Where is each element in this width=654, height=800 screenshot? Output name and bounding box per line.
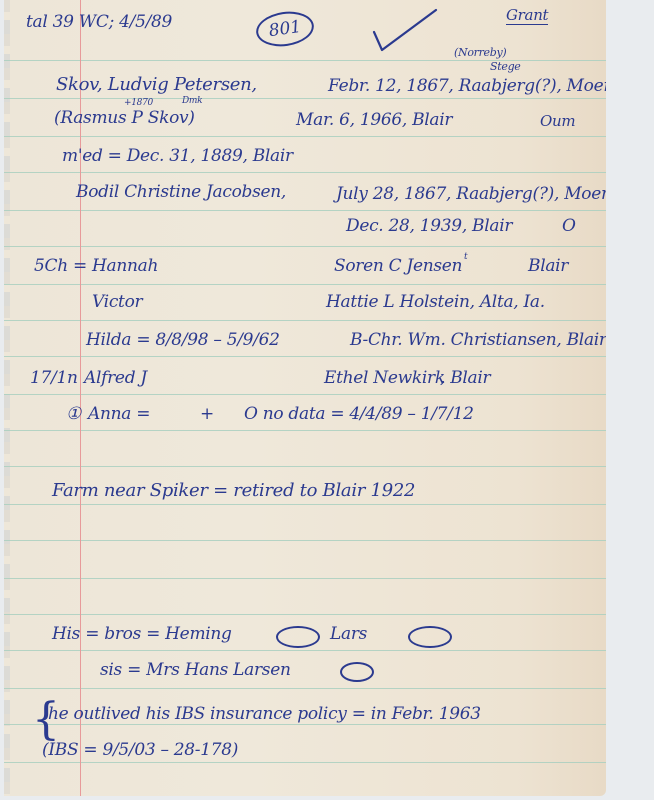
birth-annotation-stege: Stege xyxy=(490,60,521,73)
siblings-sister: sis = Mrs Hans Larsen xyxy=(100,660,291,680)
rule-line xyxy=(4,98,606,99)
reference-note: tal 39 WC; 4/5/89 xyxy=(26,12,172,32)
spouse-birth: July 28, 1867, Raabjerg(?), Moen xyxy=(336,184,606,204)
child-prefix: 17/1n xyxy=(30,368,78,388)
page-number-circle: 801 xyxy=(254,8,316,50)
children-label: 5Ch = xyxy=(34,256,87,276)
rule-line xyxy=(4,284,606,285)
rule-line xyxy=(4,172,606,173)
rule-line xyxy=(4,614,606,615)
oval-mark xyxy=(408,626,452,648)
rule-line xyxy=(4,356,606,357)
insurance-note: he outlived his IBS insurance policy = i… xyxy=(48,704,481,724)
marriage-line: m'ed = Dec. 31, 1889, Blair xyxy=(62,146,293,166)
child-note: O no data = 4/4/89 – 1/7/12 xyxy=(244,404,474,424)
child-name: Anna = xyxy=(88,404,150,424)
rule-line xyxy=(4,136,606,137)
spouse-death-mark: O xyxy=(562,216,576,236)
county-label: Grant xyxy=(506,6,548,25)
subject-death: Mar. 6, 1966, Blair xyxy=(296,110,452,130)
farm-note: Farm near Spiker = retired to Blair 1922 xyxy=(52,480,415,501)
rule-line xyxy=(4,540,606,541)
child-name: Hilda = 8/8/98 – 5/9/62 xyxy=(86,330,280,350)
rule-line xyxy=(4,430,606,431)
siblings-brother-lars: Lars xyxy=(330,624,367,644)
child-spouse: Hattie L Holstein, Alta, Ia. xyxy=(326,292,545,312)
rule-line xyxy=(4,320,606,321)
subject-name: Skov, Ludvig Petersen, xyxy=(56,74,257,95)
child-prefix: ① xyxy=(66,404,81,424)
child-name: Hannah xyxy=(92,256,158,276)
child-name: Alfred J xyxy=(84,368,147,388)
rule-line xyxy=(4,466,606,467)
insurance-ref: (IBS = 9/5/03 – 28-178) xyxy=(42,740,238,760)
child-name: Victor xyxy=(92,292,142,312)
parent-annotation-dmk: Dmk xyxy=(182,96,202,106)
notebook-page: tal 39 WC; 4/5/89 801 Grant (Norreby) St… xyxy=(4,0,606,796)
rule-line xyxy=(4,724,606,725)
oval-mark xyxy=(276,626,320,648)
rule-line xyxy=(4,688,606,689)
child-cross: + xyxy=(200,404,214,424)
rule-line xyxy=(4,504,606,505)
siblings-brothers: His = bros = Heming xyxy=(52,624,232,644)
spouse-name: Bodil Christine Jacobsen, xyxy=(76,182,286,202)
rule-line xyxy=(4,578,606,579)
death-note: Oum xyxy=(540,112,575,130)
spouse-death: Dec. 28, 1939, Blair xyxy=(346,216,512,236)
oval-mark xyxy=(340,662,374,682)
parent-annotation-year: +1870 xyxy=(124,98,153,108)
subject-parents: (Rasmus P Skov) xyxy=(54,108,195,128)
rule-line xyxy=(4,210,606,211)
child-spouse-mark: t xyxy=(464,252,467,262)
rule-line xyxy=(4,394,606,395)
child-place: Blair xyxy=(528,256,568,276)
rule-line xyxy=(4,762,606,763)
page-number: 801 xyxy=(268,17,303,41)
checkmark-icon xyxy=(370,6,440,52)
rule-line xyxy=(4,650,606,651)
subject-birth: Febr. 12, 1867, Raabjerg(?), Moen xyxy=(328,76,606,96)
child-spouse: Ethel Newkirk xyxy=(324,368,445,388)
rule-line xyxy=(4,246,606,247)
child-spouse: B-Chr. Wm. Christiansen, Blair xyxy=(350,330,606,350)
child-place: , Blair xyxy=(440,368,490,388)
child-spouse: Soren C Jensen xyxy=(334,256,462,276)
birth-annotation-norreby: (Norreby) xyxy=(454,46,506,59)
